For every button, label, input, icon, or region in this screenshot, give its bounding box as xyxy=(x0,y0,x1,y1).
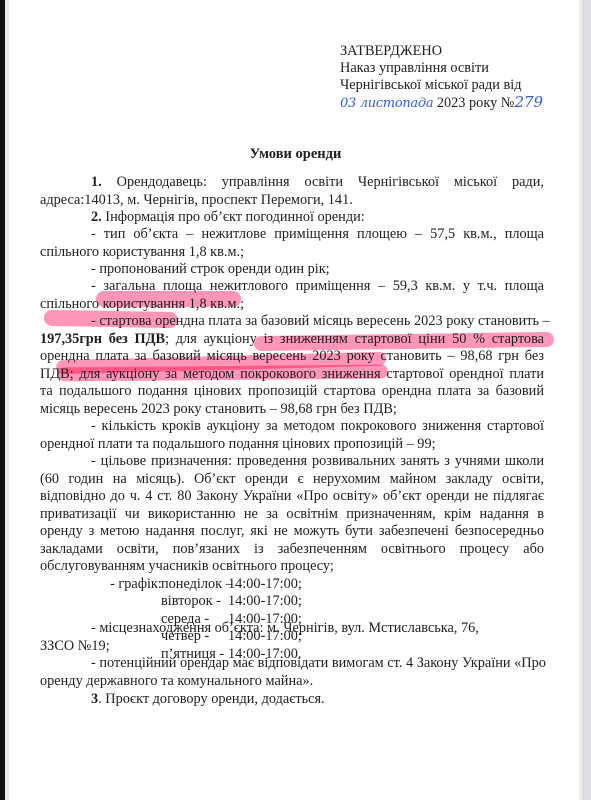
document-line: спільного користування 1,8 кв.м.; xyxy=(40,296,244,313)
document-page: ЗАТВЕРДЖЕНО Наказ управління освіти Черн… xyxy=(0,0,591,800)
document-line: - потенційний орендар має відповідати ви… xyxy=(91,655,544,672)
document-line: - стартова орендна плата за базовий міся… xyxy=(91,313,544,330)
document-line: адреса:14013, м. Чернігів, проспект Пере… xyxy=(40,192,353,209)
handwritten-date: 03 листопада xyxy=(340,96,433,111)
document-line: приватизації чи використанню не за освіт… xyxy=(40,506,544,523)
approval-year-text: 2023 року № xyxy=(437,95,515,111)
document-line: та подальшого подання цінових пропозицій… xyxy=(40,383,544,400)
document-line: - тип об’єкта – нежитлове приміщення пло… xyxy=(91,226,544,243)
document-line: місяць вересень 2023 року становить – 98… xyxy=(40,401,397,418)
document-line: - загальна площа нежитлового приміщення … xyxy=(91,278,544,295)
approval-heading: ЗАТВЕРДЖЕНО xyxy=(340,43,543,60)
schedule-day: понеділок – xyxy=(161,576,233,593)
section-number: 2. xyxy=(91,209,102,225)
document-line: - місцезнаходження об’єкта: м. Чернігів,… xyxy=(91,620,479,637)
document-line: орендна плата за базовий місяць вересень… xyxy=(40,348,544,365)
document-line: оренду з метою надання послуг, які не мо… xyxy=(40,523,544,540)
document-line: ПДВ; для аукціону за методом покрокового… xyxy=(40,366,544,383)
approval-line-1: Наказ управління освіти xyxy=(340,60,543,77)
document-line: 3. Проєкт договору оренди, додається. xyxy=(91,691,325,708)
handwritten-order-number: 279 xyxy=(514,93,543,111)
approval-date-line: 03 листопада 2023 року №279 xyxy=(340,94,543,112)
document-line: - кількість кроків аукціону за методом п… xyxy=(91,418,544,435)
schedule-hours: 14:00-17:00; xyxy=(228,593,302,610)
document-line: обслуговуванням учасників освітнього про… xyxy=(40,558,334,575)
document-line: орендної плати та подальшого подання цін… xyxy=(40,436,436,453)
document-line: 1. Орендодавець: управління освіти Черні… xyxy=(91,174,544,191)
document-line: ЗЗСО №19; xyxy=(40,638,110,655)
bold-price: 197,35грн без ПДВ xyxy=(40,331,165,347)
section-number: 1. xyxy=(91,174,102,190)
document-line: - цільове призначення: проведення розвив… xyxy=(91,453,544,470)
schedule-label: - графік: xyxy=(110,576,162,593)
document-line: відповідно до ч. 4 ст. 80 Закону України… xyxy=(40,488,544,505)
schedule-hours: 14:00-17:00; xyxy=(228,576,302,593)
document-line: 2. Інформація про об’єкт погодинної орен… xyxy=(91,209,365,226)
section-number: 3 xyxy=(91,691,98,707)
document-line: оренду державного та комунального майна»… xyxy=(40,673,313,690)
document-line: (60 годин на місяць). Об’єкт оренди є не… xyxy=(40,471,544,488)
document-line: - пропонований строк оренди один рік; xyxy=(91,261,330,278)
document-line: 197,35грн без ПДВ; для аукціону із зниже… xyxy=(40,331,544,348)
document-line: закладами освіти, пов’язаних із забезпеч… xyxy=(40,541,544,558)
document-line: спільного користування 1,8 кв.м.; xyxy=(40,244,244,261)
document-title: Умови оренди xyxy=(0,146,591,163)
approval-line-2: Чернігівської міської ради від xyxy=(340,77,543,94)
approval-stamp-block: ЗАТВЕРДЖЕНО Наказ управління освіти Черн… xyxy=(340,43,543,112)
schedule-day: вівторок - xyxy=(161,593,221,610)
